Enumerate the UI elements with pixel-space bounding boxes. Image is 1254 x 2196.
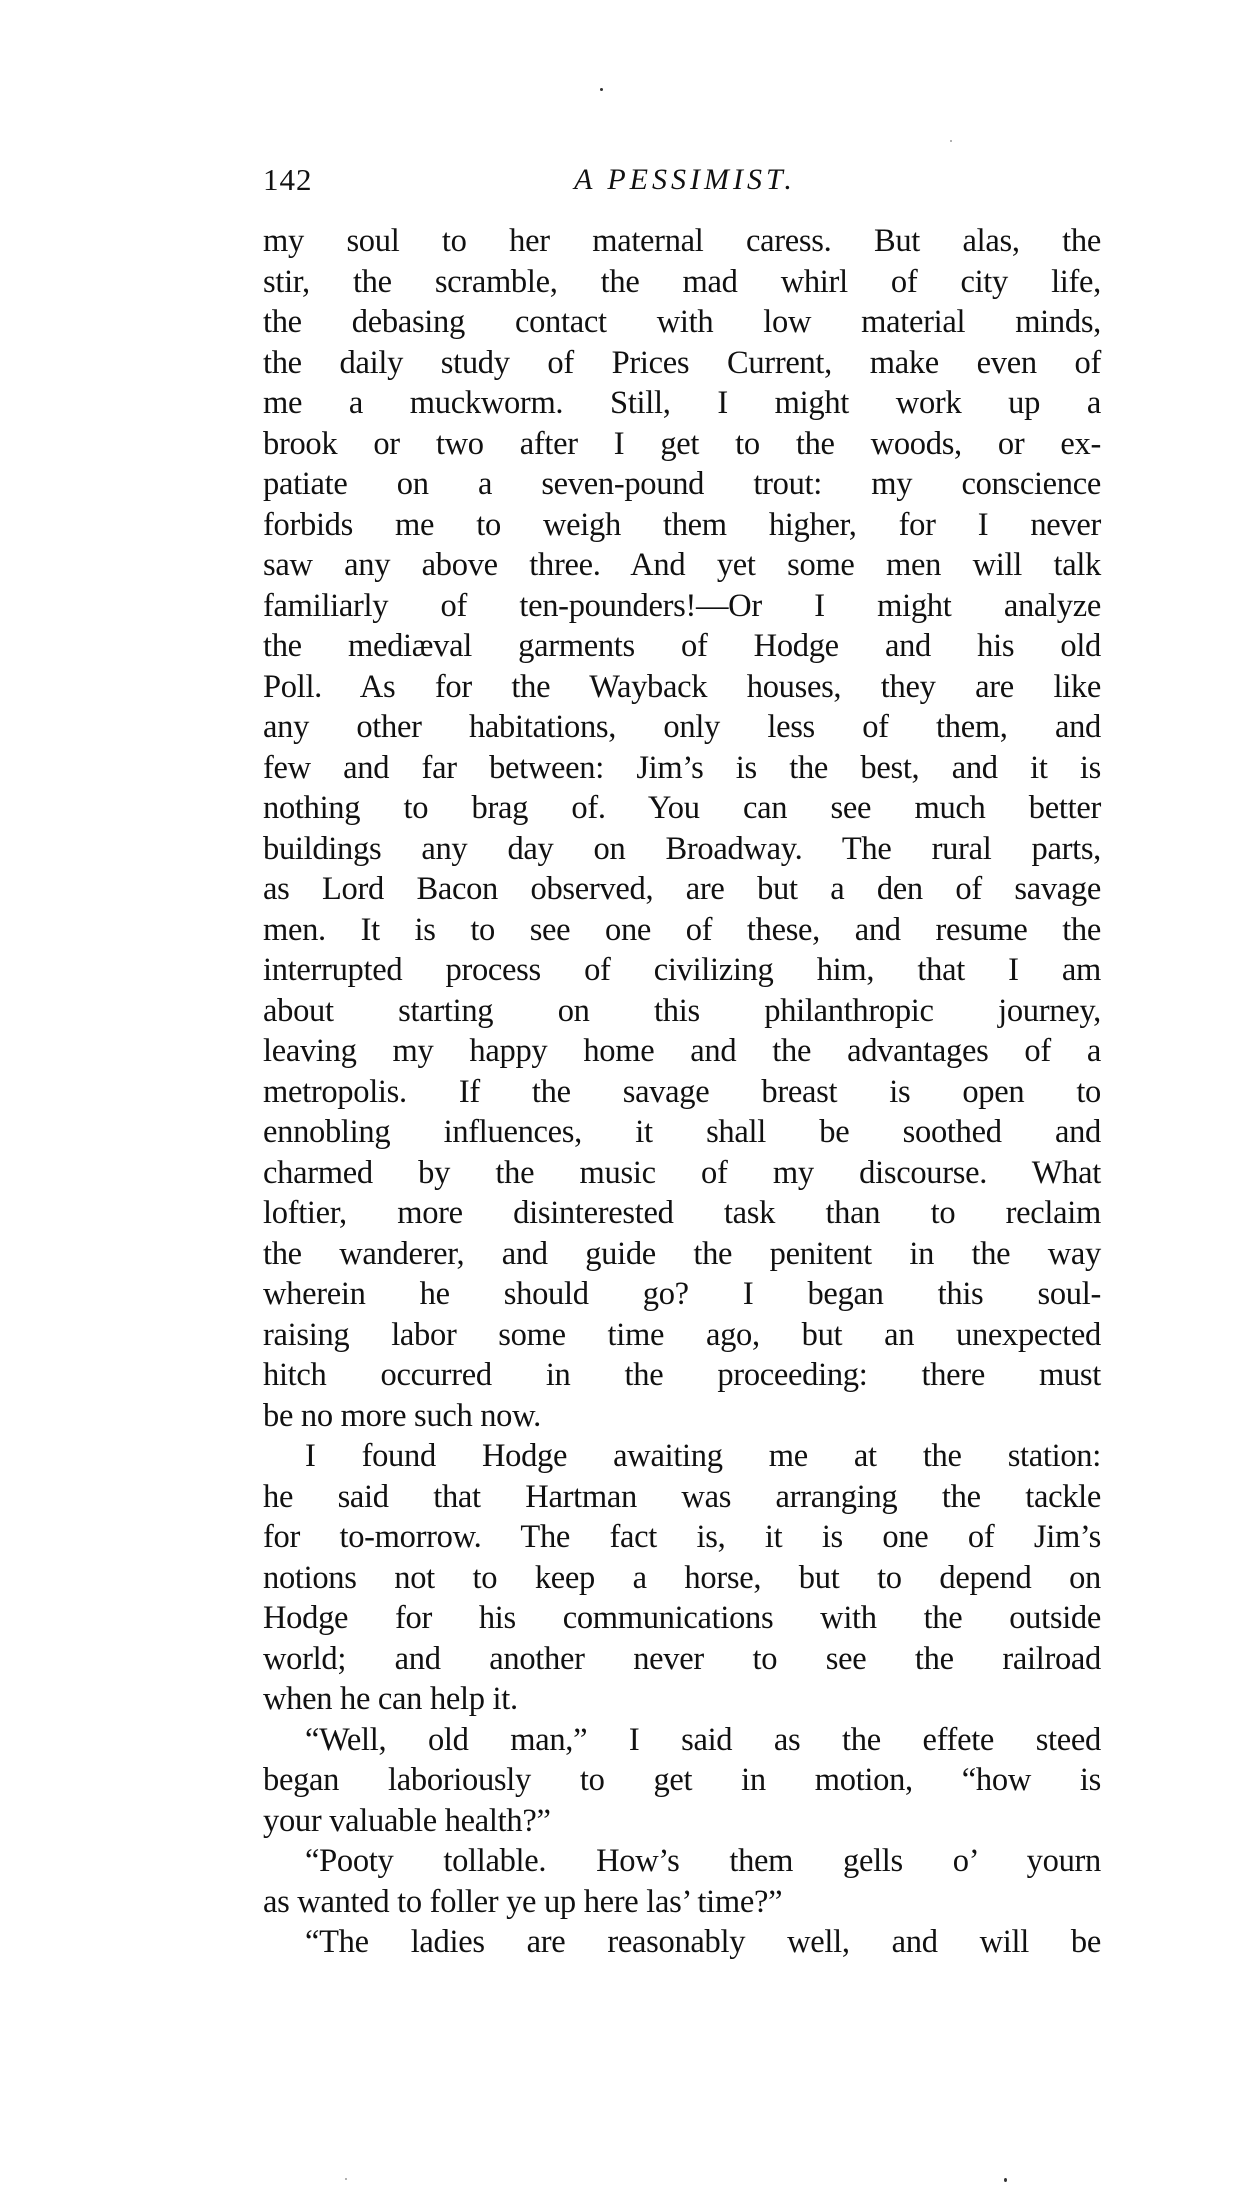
text-line: me a muckworm. Still, I might work up a [263, 383, 1101, 424]
body-text: my soul to her maternal caress. But alas… [263, 221, 1101, 1963]
text-line: the mediæval garments of Hodge and his o… [263, 626, 1101, 667]
text-line: patiate on a seven-pound trout: my consc… [263, 464, 1101, 505]
text-line: Poll. As for the Wayback houses, they ar… [263, 667, 1101, 708]
running-title: A PESSIMIST. [263, 160, 1101, 200]
text-line: about starting on this philanthropic jou… [263, 991, 1101, 1032]
text-line: raising labor some time ago, but an unex… [263, 1315, 1101, 1356]
scan-speck [345, 2178, 347, 2180]
text-line: world; and another never to see the rail… [263, 1639, 1101, 1680]
text-line: forbids me to weigh them higher, for I n… [263, 505, 1101, 546]
text-line: brook or two after I get to the woods, o… [263, 424, 1101, 465]
text-line: the debasing contact with low material m… [263, 302, 1101, 343]
text-line: the daily study of Prices Current, make … [263, 343, 1101, 384]
scan-speck [1004, 2178, 1007, 2182]
book-page: 142 A PESSIMIST. my soul to her maternal… [0, 0, 1254, 2196]
scan-speck [950, 140, 952, 142]
text-line: leaving my happy home and the advantages… [263, 1031, 1101, 1072]
text-line: I found Hodge awaiting me at the station… [263, 1436, 1101, 1477]
text-line: notions not to keep a horse, but to depe… [263, 1558, 1101, 1599]
text-line: loftier, more disinterested task than to… [263, 1193, 1101, 1234]
running-head: 142 A PESSIMIST. [263, 160, 1101, 200]
text-line: charmed by the music of my discourse. Wh… [263, 1153, 1101, 1194]
text-line: any other habitations, only less of them… [263, 707, 1101, 748]
text-line: “Well, old man,” I said as the effete st… [263, 1720, 1101, 1761]
text-line: hitch occurred in the proceeding: there … [263, 1355, 1101, 1396]
text-line: the wanderer, and guide the penitent in … [263, 1234, 1101, 1275]
text-line: “The ladies are reasonably well, and wil… [263, 1922, 1101, 1963]
text-line: for to-morrow. The fact is, it is one of… [263, 1517, 1101, 1558]
text-line: be no more such now. [263, 1396, 1101, 1437]
text-line: when he can help it. [263, 1679, 1101, 1720]
text-line: nothing to brag of. You can see much bet… [263, 788, 1101, 829]
text-line: he said that Hartman was arranging the t… [263, 1477, 1101, 1518]
text-line: as wanted to foller ye up here las’ time… [263, 1882, 1101, 1923]
text-line: stir, the scramble, the mad whirl of cit… [263, 262, 1101, 303]
text-line: saw any above three. And yet some men wi… [263, 545, 1101, 586]
text-line: ennobling influences, it shall be soothe… [263, 1112, 1101, 1153]
text-line: metropolis. If the savage breast is open… [263, 1072, 1101, 1113]
text-line: Hodge for his communications with the ou… [263, 1598, 1101, 1639]
text-line: began laboriously to get in motion, “how… [263, 1760, 1101, 1801]
scan-speck [600, 88, 603, 91]
text-line: buildings any day on Broadway. The rural… [263, 829, 1101, 870]
text-line: wherein he should go? I began this soul- [263, 1274, 1101, 1315]
text-line: interrupted process of civilizing him, t… [263, 950, 1101, 991]
text-line: my soul to her maternal caress. But alas… [263, 221, 1101, 262]
text-line: “Pooty tollable. How’s them gells o’ you… [263, 1841, 1101, 1882]
text-line: as Lord Bacon observed, are but a den of… [263, 869, 1101, 910]
text-line: men. It is to see one of these, and resu… [263, 910, 1101, 951]
text-line: familiarly of ten-pounders!—Or I might a… [263, 586, 1101, 627]
text-line: your valuable health?” [263, 1801, 1101, 1842]
text-line: few and far between: Jim’s is the best, … [263, 748, 1101, 789]
